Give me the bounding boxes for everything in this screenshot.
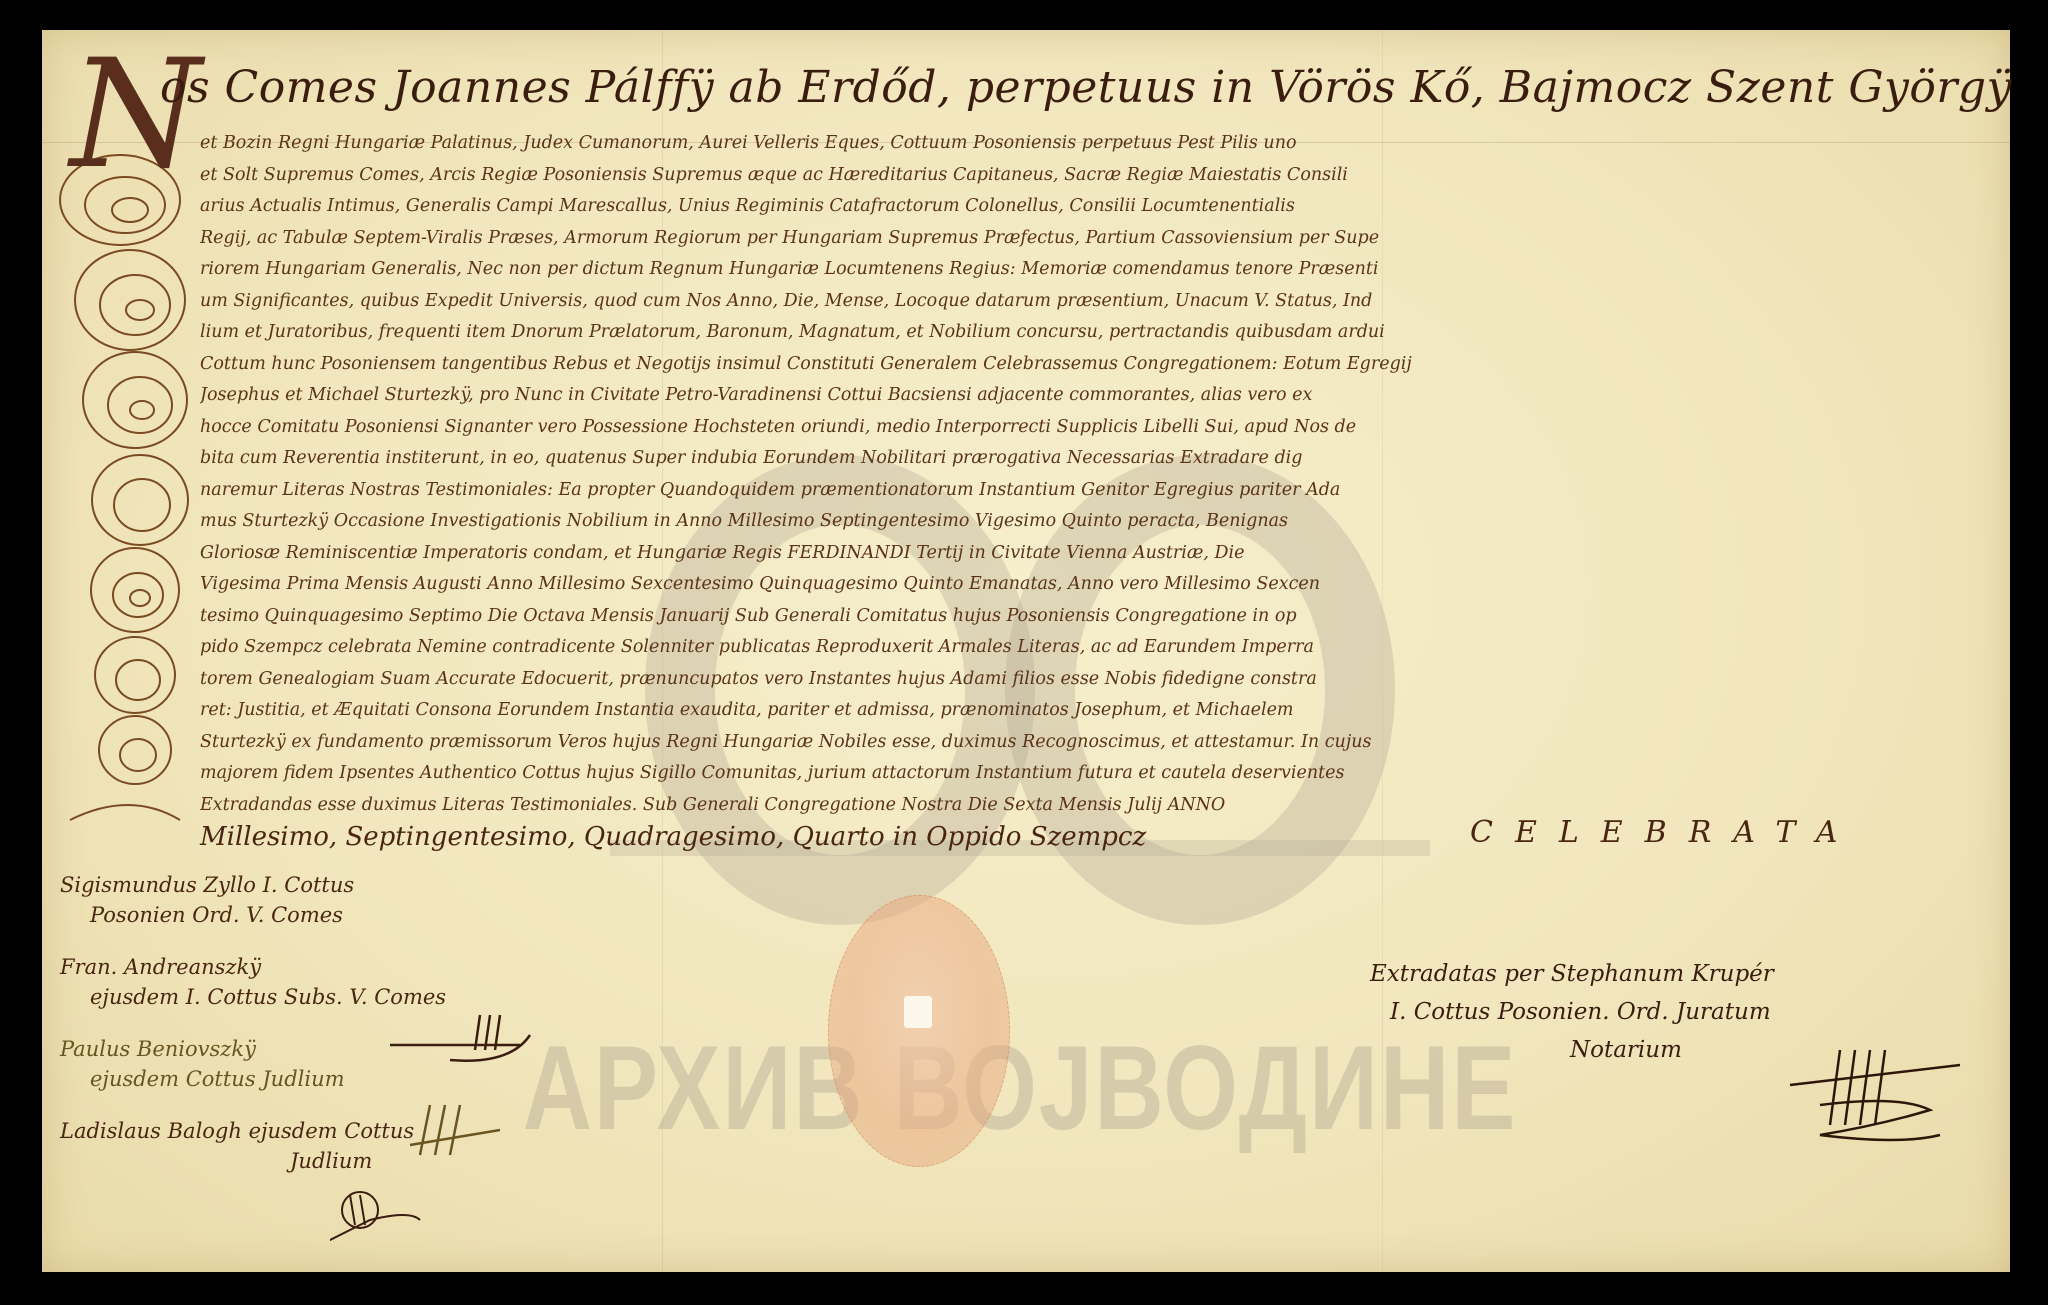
body-line: Gloriosæ Reminiscentiæ Imperatoris conda…: [200, 538, 2000, 570]
body-line: arius Actualis Intimus, Generalis Campi …: [200, 191, 2000, 223]
body-line: torem Genealogiam Suam Accurate Edocueri…: [200, 664, 2000, 696]
paraph-mark-icon: [330, 1180, 430, 1250]
signature-name: Ladislaus Balogh ejusdem Cottus: [60, 1116, 620, 1146]
celebrata-text: CELEBRATA: [1470, 815, 1859, 850]
body-line: Josephus et Michael Sturtezkÿ, pro Nunc …: [200, 380, 2000, 412]
body-line: pido Szempcz celebrata Nemine contradice…: [200, 632, 2000, 664]
body-line: bita cum Reverentia institerunt, in eo, …: [200, 443, 2000, 475]
body-line: tesimo Quinquagesimo Septimo Die Octava …: [200, 601, 2000, 633]
signature-title: I. Cottus Posonien. Ord. Juratum: [1370, 993, 1970, 1031]
signature-name: Fran. Andreanszkÿ: [60, 952, 620, 982]
seal-hole: [904, 996, 932, 1028]
body-line: riorem Hungariam Generalis, Nec non per …: [200, 254, 2000, 286]
wax-seal: [828, 895, 1010, 1167]
body-line: lium et Juratoribus, frequenti item Dnor…: [200, 317, 2000, 349]
body-line: Regij, ac Tabulæ Septem-Viralis Præses, …: [200, 223, 2000, 255]
body-line: et Bozin Regni Hungariæ Palatinus, Judex…: [200, 128, 2000, 160]
notary-paraph-icon: [1780, 1045, 1980, 1155]
document-title-line: os Comes Joannes Pálffÿ ab Erdőd, perpet…: [160, 62, 2010, 113]
signature-block: Fran. Andreanszkÿ ejusdem I. Cottus Subs…: [60, 952, 620, 1012]
paraph-mark-icon: [390, 1005, 540, 1065]
signature-title: ejusdem Cottus Judlium: [60, 1064, 620, 1094]
calligraphic-flourish-icon: [30, 130, 190, 850]
document-body: et Bozin Regni Hungariæ Palatinus, Judex…: [200, 128, 2000, 821]
body-line: mus Sturtezkÿ Occasione Investigationis …: [200, 506, 2000, 538]
body-line: majorem fidem Ipsentes Authentico Cottus…: [200, 758, 2000, 790]
body-line: Sturtezkÿ ex fundamento præmissorum Vero…: [200, 727, 2000, 759]
body-line: um Significantes, quibus Expedit Univers…: [200, 286, 2000, 318]
signature-name: Extradatas per Stephanum Krupér: [1370, 955, 1970, 993]
signature-title: Posonien Ord. V. Comes: [60, 900, 620, 930]
body-line: naremur Literas Nostras Testimoniales: E…: [200, 475, 2000, 507]
body-line: et Solt Supremus Comes, Arcis Regiæ Poso…: [200, 160, 2000, 192]
signature-block: Ladislaus Balogh ejusdem Cottus Judlium: [60, 1116, 620, 1176]
signature-title: Judlium: [60, 1146, 620, 1176]
date-line: Millesimo, Septingentesimo, Quadragesimo…: [200, 822, 1146, 852]
body-line: ret: Justitia, et Æquitati Consona Eorun…: [200, 695, 2000, 727]
body-line: Vigesima Prima Mensis Augusti Anno Mille…: [200, 569, 2000, 601]
signature-name: Sigismundus Zyllo I. Cottus: [60, 870, 620, 900]
signature-block: Sigismundus Zyllo I. Cottus Posonien Ord…: [60, 870, 620, 930]
body-line: Cottum hunc Posoniensem tangentibus Rebu…: [200, 349, 2000, 381]
paraph-mark-icon: [400, 1100, 510, 1160]
body-line: hocce Comitatu Posoniensi Signanter vero…: [200, 412, 2000, 444]
